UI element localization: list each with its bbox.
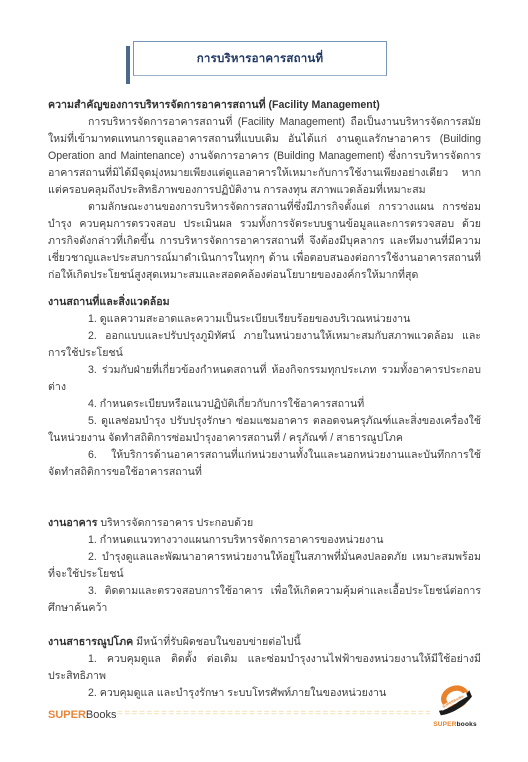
list-item: 5. ดูแลซ่อมบำรุง ปรับปรุงรักษา ซ่อมแซมอา… [48, 413, 481, 447]
superbooks-logo: SUPERBooks SUPERbooks [431, 684, 479, 728]
intro-paragraph: การบริหารจัดการอาคารสถานที่ (Facility Ma… [48, 114, 481, 199]
list-item: 1. กำหนดแนวทางวางแผนการบริหารจัดการอาคาร… [48, 532, 481, 549]
logo-wordmark: SUPERbooks [431, 721, 479, 728]
list-item: 2. บำรุงดูแลและพัฒนาอาคารหน่วยงานให้อยู่… [48, 549, 481, 583]
intro-paragraph: ตามลักษณะงานของการบริหารจัดการสถานที่ซึ่… [48, 199, 481, 284]
list-item: 1. ดูแลความสะอาดและความเป็นระเบียบเรียบร… [48, 311, 481, 328]
superbooks-logo-icon: SUPERBooks [437, 684, 473, 717]
section-subtitle: มีหน้าที่รับผิดชอบในขอบข่ายต่อไปนี้ [133, 636, 301, 648]
list-item: 2. ควบคุมดูแล และบำรุงรักษา ระบบโทรศัพท์… [48, 685, 481, 702]
section-title: งานสาธารณูปโภค [48, 636, 133, 648]
section-heading-premises: งานสถานที่และสิ่งแวดล้อม [48, 294, 481, 311]
list-item: 6. ให้บริการด้านอาคารสถานที่แก่หน่วยงานท… [48, 447, 481, 481]
intro-heading: ความสำคัญของการบริหารจัดการอาคารสถานที่ … [48, 97, 481, 114]
title-box: การบริหารอาคารสถานที่ [133, 41, 387, 76]
section-title: งานอาคาร [48, 517, 97, 529]
footer-divider-dashes: ========================================… [117, 708, 430, 722]
document-page: การบริหารอาคารสถานที่ ความสำคัญของการบริ… [0, 0, 528, 762]
list-item: 1. ควบคุมดูแล ติดตั้ง ต่อเติม และซ่อมบำร… [48, 651, 481, 685]
section-heading-building: งานอาคาร บริหารจัดการอาคาร ประกอบด้วย [48, 515, 481, 532]
logo-wordmark-books: books [457, 721, 477, 728]
footer-brand-wordmark: SUPERBooks [48, 709, 116, 721]
list-item: 3. ร่วมกับฝ่ายที่เกี่ยวข้องกำหนดสถานที่ … [48, 362, 481, 396]
footer-brand-books: Books [86, 709, 117, 721]
logo-wordmark-super: SUPER [433, 721, 456, 728]
section-subtitle: บริหารจัดการอาคาร ประกอบด้วย [97, 517, 253, 529]
list-item: 2. ออกแบบและปรับปรุงภูมิทัศน์ ภายในหน่วย… [48, 328, 481, 362]
page-title: การบริหารอาคารสถานที่ [197, 50, 323, 68]
title-accent-bar [126, 46, 130, 84]
list-item: 3. ติดตามและตรวจสอบการใช้อาคาร เพื่อให้เ… [48, 583, 481, 617]
document-body: ความสำคัญของการบริหารจัดการอาคารสถานที่ … [48, 97, 481, 702]
section-heading-utilities: งานสาธารณูปโภค มีหน้าที่รับผิดชอบในขอบข่… [48, 634, 481, 651]
title-box-container: การบริหารอาคารสถานที่ [126, 41, 394, 85]
footer-brand-super: SUPER [48, 709, 86, 721]
list-item: 4. กำหนดระเบียบหรือแนวปฏิบัติเกี่ยวกับกา… [48, 396, 481, 413]
